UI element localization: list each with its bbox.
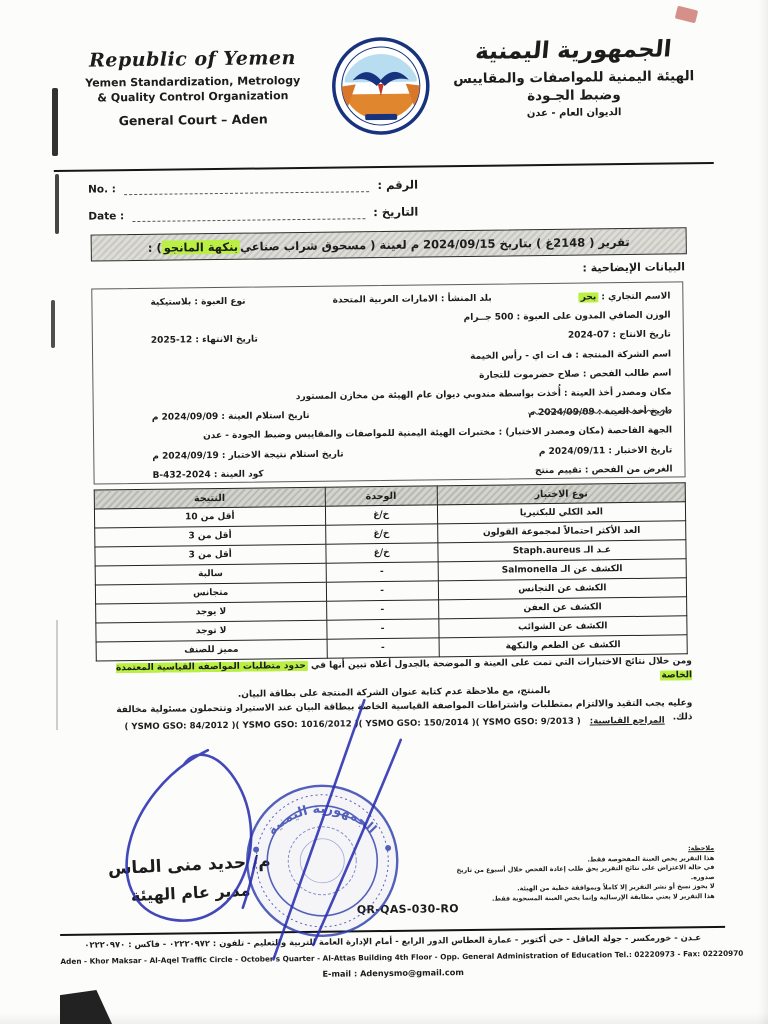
organization-logo — [330, 35, 431, 136]
number-label-en: No. : — [88, 183, 116, 195]
signer-name-block: م/ حديد منى الماس مدير عام الهيئة — [81, 850, 298, 907]
test-results-table: نوع الاختبار الوحدة النتيجة العد الكلي ل… — [94, 482, 688, 661]
date-label-en: Date : — [88, 210, 124, 222]
signer-name: م/ حديد منى الماس — [81, 850, 297, 880]
country-of-origin: بلد المنشأ : الامارات العربية المتحدة — [333, 290, 492, 311]
number-label-ar: الرقم : — [377, 178, 418, 192]
references-label: المراجع القياسية: — [590, 716, 665, 727]
signer-title: مدير عام الهيئة — [83, 878, 299, 907]
number-fill-line — [124, 179, 370, 195]
note-item: لا يجوز نسخ أو نشر التقرير إلا كاملاً وب… — [517, 882, 714, 892]
sample-code: كود العينة : B-432-2024 — [152, 465, 263, 486]
scanned-document-sheet: Republic of Yemen Yemen Standardization,… — [0, 0, 768, 1024]
signature-stroke — [125, 700, 404, 961]
package-type: نوع العبوة : بلاستيكية — [150, 293, 245, 313]
org-name-en: Yemen Standardization, Metrology & Quali… — [73, 74, 313, 107]
footer-email: E-mail : Adenysmo@gmail.com — [61, 964, 726, 982]
scan-artifact-left-mark — [51, 300, 55, 348]
test-unit: خ/غ — [325, 505, 438, 525]
explanatory-data-heading: البيانات الإيضاحية : — [582, 260, 685, 274]
note-item: هذا التقرير لا يعني مطابقة الإرسالية وإن… — [492, 892, 715, 903]
org-name-ar-line2: وضبط الجـودة — [433, 86, 715, 105]
test-unit: - — [326, 562, 439, 582]
sampling-date: تاريخ أخذ العينة : 2024/09/09 م — [528, 403, 672, 424]
test-unit: خ/غ — [325, 524, 438, 544]
note-item: هذا التقرير يخص العينة المفحوصة فقط. — [587, 854, 714, 864]
header-english-block: Republic of Yemen Yemen Standardization,… — [72, 47, 313, 129]
scan-artifact-left-mark — [55, 174, 59, 234]
report-title-suffix: ) : — [148, 240, 162, 254]
org-name-en-line2: & Quality Control Organization — [97, 89, 288, 104]
test-unit: خ/غ — [325, 543, 438, 563]
reference-number-block: No. : الرقم : Date : التاريخ : — [88, 178, 419, 236]
court-name-ar: الديوان العام - عدن — [433, 106, 715, 120]
expiry-date: تاريخ الانتهاء : 12-2025 — [151, 331, 258, 352]
scan-artifact-left-mark — [52, 88, 58, 156]
header-arabic-block: الجمهورية اليمنية الهيئة اليمنية للمواصف… — [432, 36, 715, 120]
sample-info-box: الاسم التجاري : بحر بلد المنشأ : الامارا… — [91, 281, 685, 484]
test-unit: - — [326, 619, 439, 639]
manufacturer-name: اسم الشركة المنتجة : ف ات اي - رأس الخيم… — [470, 345, 671, 367]
document-content: Republic of Yemen Yemen Standardization,… — [0, 0, 768, 1024]
trade-name-highlight: بحر — [579, 292, 599, 302]
org-name-ar: الهيئة اليمنية للمواصفات والمقاييس — [433, 68, 715, 87]
notes-title: ملاحظة: — [688, 844, 714, 852]
report-title-text: تقرير ( 2148غ ) بتاريخ 2024/09/15 م لعين… — [240, 234, 630, 253]
svg-text:الجمهورية اليمنية: الجمهورية اليمنية — [264, 801, 379, 838]
number-row: No. : الرقم : — [88, 178, 418, 196]
footer-address-en: Aden - Khor Maksar - Al-Aqel Traffic Cir… — [60, 949, 725, 966]
fine-print-notes: ملاحظة: هذا التقرير يخص العينة المفحوصة … — [432, 844, 715, 905]
country-name-en: Republic of Yemen — [72, 47, 312, 72]
note-item: في حالة الاعتراض على نتائج التقرير يحق ط… — [456, 863, 714, 881]
header-divider — [54, 162, 714, 172]
net-weight: الوزن الصافي المدون على العبوة : 500 جــ… — [464, 307, 671, 329]
test-purpose: الغرض من الفحص : تقييم منتج — [535, 460, 673, 481]
country-name-ar: الجمهورية اليمنية — [431, 36, 715, 65]
date-fill-line — [132, 206, 365, 222]
date-label-ar: التاريخ : — [373, 205, 418, 220]
sample-receipt-date: تاريخ استلام العينة : 2024/09/09 م — [152, 407, 310, 428]
org-name-en-line1: Yemen Standardization, Metrology — [85, 74, 300, 90]
header-unit: الوحدة — [325, 486, 438, 506]
court-name-en: General Court – Aden — [73, 111, 313, 129]
test-unit: - — [327, 638, 440, 658]
test-result: مميز للصنف — [96, 639, 327, 661]
test-name: الكشف عن الطعم والنكهة — [439, 635, 687, 657]
test-date: تاريخ الاختبار : 2024/09/11 م — [539, 441, 673, 462]
result-receipt-date: تاريخ استلام نتيجة الاختبار : 2024/09/19… — [152, 445, 344, 467]
scan-artifact-left-line — [56, 620, 58, 730]
production-date: تاريخ الانتاج : 07-2024 — [568, 326, 671, 346]
stamp-country-text: الجمهورية اليمنية — [264, 801, 379, 838]
trade-name: الاسم التجاري : بحر — [579, 287, 671, 307]
test-unit: - — [326, 581, 439, 601]
report-title-highlight: بنكهة المانجو — [162, 239, 241, 254]
date-row: Date : التاريخ : — [88, 205, 418, 223]
test-requester: اسم طالب الفحص : صلاح حضرموت للتجارة — [479, 364, 671, 386]
test-unit: - — [326, 600, 439, 620]
